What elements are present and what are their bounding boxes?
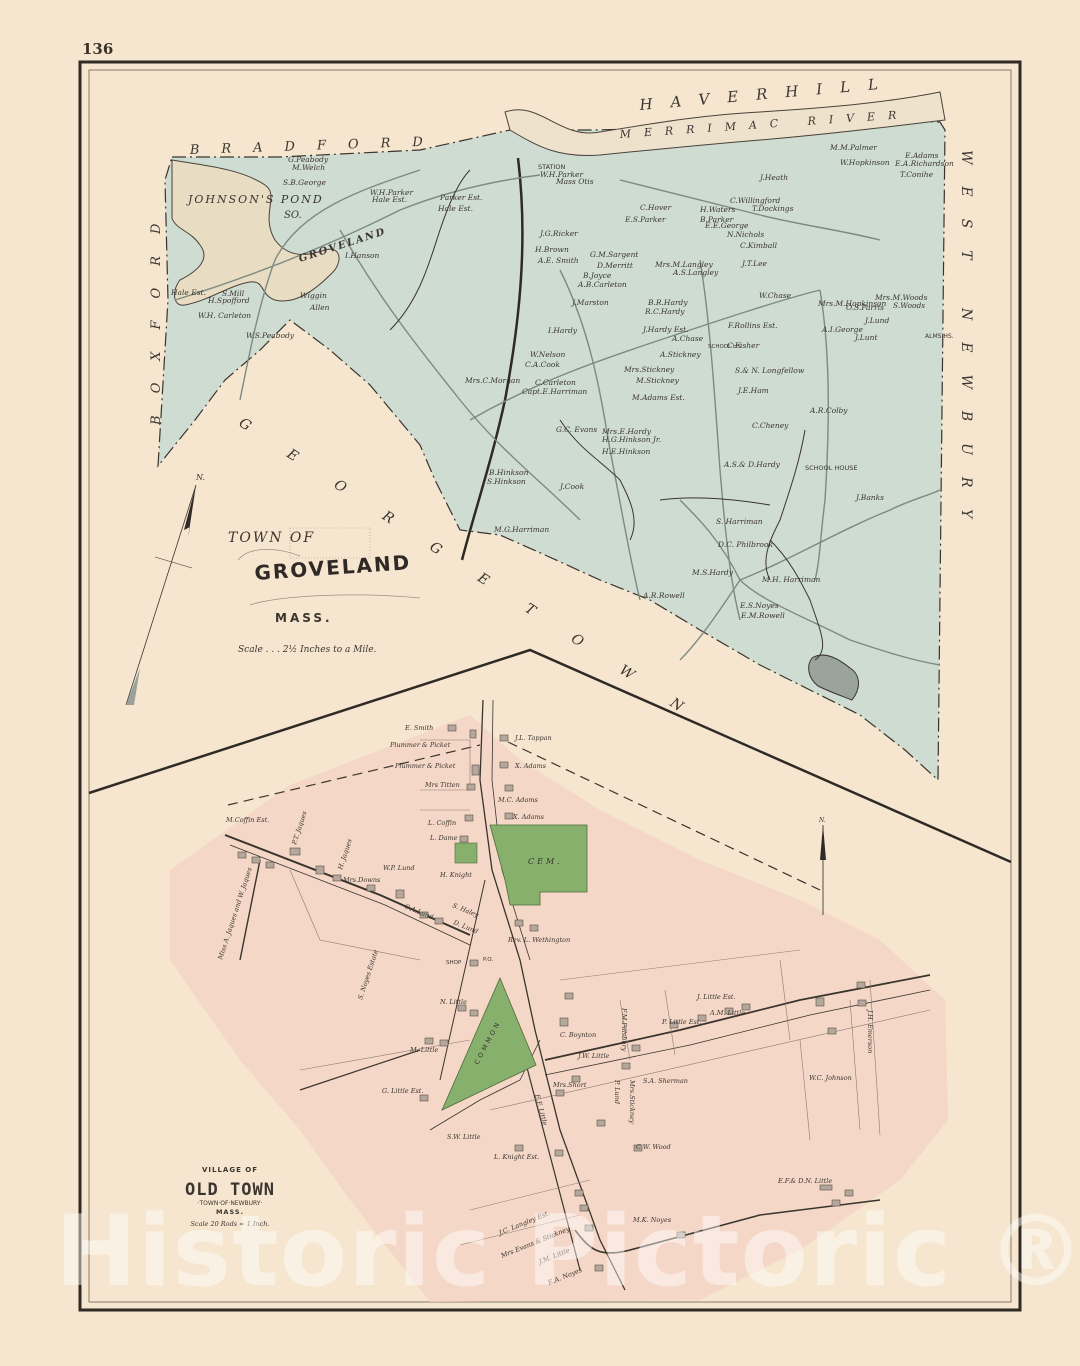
- svg-text:S.A. Sherman: S.A. Sherman: [643, 1077, 688, 1085]
- svg-text:W.P. Lund: W.P. Lund: [383, 864, 415, 872]
- svg-text:J.Lund: J.Lund: [863, 316, 889, 325]
- svg-text:Allen: Allen: [309, 303, 330, 312]
- label-johnsons-pond: JOHNSON'S POND: [186, 193, 324, 206]
- svg-text:G. Little Est.: G. Little Est.: [382, 1087, 423, 1095]
- oldtown-north-arrow: N.: [818, 817, 826, 915]
- svg-text:J.Cook: J.Cook: [558, 482, 585, 491]
- svg-text:J.Heath: J.Heath: [758, 173, 788, 182]
- svg-text:A.B.Carleton: A.B.Carleton: [577, 280, 627, 289]
- svg-text:M.Stickney: M.Stickney: [635, 376, 680, 385]
- svg-text:H.E.Hinkson: H.E.Hinkson: [601, 447, 650, 456]
- svg-text:L. Coffin: L. Coffin: [427, 819, 456, 827]
- oldtown-subtitle: ·TOWN·OF·NEWBURY·: [198, 1200, 263, 1207]
- label-cemetery: CEM.: [528, 857, 563, 866]
- svg-text:W.H. Carleton: W.H. Carleton: [198, 311, 251, 320]
- svg-text:B.R.Hardy: B.R.Hardy: [647, 298, 688, 307]
- oldtown-title-block: VILLAGE OF OLD TOWN ·TOWN·OF·NEWBURY· MA…: [185, 1166, 275, 1228]
- svg-text:L. Knight Est.: L. Knight Est.: [493, 1153, 539, 1161]
- svg-text:A.E. Smith: A.E. Smith: [537, 256, 579, 265]
- groveland-map: HAVERHILL MERRIMAC RIVER BRADFORD BOXFOR…: [126, 74, 974, 780]
- oldtown-map: E. Smith Plummer & Picket Plummer & Pick…: [170, 700, 948, 1302]
- svg-text:H. Knight: H. Knight: [439, 871, 472, 879]
- svg-text:Rev. L. Wethington: Rev. L. Wethington: [507, 936, 570, 944]
- svg-text:M.Welch: M.Welch: [291, 163, 325, 172]
- oldtown-village-area: [170, 715, 948, 1302]
- svg-text:M.C. Adams: M.C. Adams: [497, 796, 538, 804]
- svg-text:M.Adams Est.: M.Adams Est.: [631, 393, 685, 402]
- oldtown-scale: Scale 20 Rods = 1 Inch.: [190, 1220, 269, 1228]
- svg-text:Mrs.Downs: Mrs.Downs: [342, 876, 381, 884]
- svg-text:E.S.Parker: E.S.Parker: [624, 215, 666, 224]
- svg-text:J.E.Ham: J.E.Ham: [736, 386, 769, 395]
- svg-text:C.W. Wood: C.W. Wood: [636, 1143, 671, 1151]
- svg-text:Parker Est.: Parker Est.: [439, 193, 482, 202]
- svg-text:P. Lund: P. Lund: [613, 1079, 621, 1104]
- svg-text:J.Hardy Est.: J.Hardy Est.: [641, 325, 689, 334]
- svg-text:N. Little: N. Little: [439, 998, 467, 1006]
- svg-text:A.S.Langley: A.S.Langley: [672, 268, 719, 277]
- groveland-scale: Scale . . . 2½ Inches to a Mile.: [238, 644, 377, 655]
- svg-text:Mrs.Stickney: Mrs.Stickney: [623, 365, 675, 374]
- svg-text:S.& N. Longfellow: S.& N. Longfellow: [735, 366, 805, 375]
- svg-text:H.Spofford: H.Spofford: [207, 296, 250, 305]
- svg-text:H.Waters: H.Waters: [699, 205, 735, 214]
- svg-text:M.G.Harriman: M.G.Harriman: [493, 525, 549, 534]
- svg-text:D.C. Philbrook: D.C. Philbrook: [717, 540, 773, 549]
- svg-text:A.R.Rowell: A.R.Rowell: [642, 591, 685, 600]
- svg-text:J. Little Est.: J. Little Est.: [695, 993, 736, 1001]
- oldtown-state: MASS.: [216, 1208, 244, 1216]
- groveland-title-cartouche: TOWN OF GROVELAND MASS. Scale . . . 2½ I…: [228, 528, 420, 655]
- oldtown-title: OLD TOWN: [185, 1180, 275, 1200]
- svg-text:G.M.Sargent: G.M.Sargent: [590, 250, 639, 259]
- svg-text:Mrs Titten: Mrs Titten: [424, 781, 460, 789]
- svg-text:I.Hanson: I.Hanson: [344, 251, 380, 260]
- svg-text:X. Adams: X. Adams: [514, 762, 547, 770]
- svg-text:E.M.Rowell: E.M.Rowell: [740, 611, 785, 620]
- svg-text:Mrs.Stickney: Mrs.Stickney: [628, 1079, 636, 1124]
- svg-text:C.Fisher: C.Fisher: [727, 341, 760, 350]
- svg-text:A.S.& D.Hardy: A.S.& D.Hardy: [723, 460, 781, 469]
- svg-text:W.S.Peabody: W.S.Peabody: [246, 331, 295, 340]
- svg-text:M.S.Hardy: M.S.Hardy: [691, 568, 734, 577]
- svg-text:A.R.Colby: A.R.Colby: [809, 406, 848, 415]
- svg-text:O.S.Parris: O.S.Parris: [846, 303, 884, 312]
- svg-text:Mrs.Short: Mrs.Short: [552, 1081, 587, 1089]
- svg-text:W.Hopkinson: W.Hopkinson: [840, 158, 890, 167]
- label-so: SO.: [284, 210, 302, 221]
- svg-text:L. Dame: L. Dame: [429, 834, 458, 842]
- atlas-page: HAVERHILL MERRIMAC RIVER BRADFORD BOXFOR…: [0, 0, 1080, 1366]
- svg-text:J.L. Tappan: J.L. Tappan: [513, 734, 552, 742]
- svg-text:F.Rollins Est.: F.Rollins Est.: [727, 321, 778, 330]
- svg-text:X. Adams: X. Adams: [512, 813, 545, 821]
- svg-text:E. Smith: E. Smith: [404, 724, 433, 732]
- svg-text:M.M.Palmer: M.M.Palmer: [829, 143, 877, 152]
- svg-text:C.A.Cook: C.A.Cook: [525, 360, 560, 369]
- svg-text:M.K. Noyes: M.K. Noyes: [632, 1216, 672, 1224]
- svg-text:M.Coffin Est.: M.Coffin Est.: [225, 816, 269, 824]
- svg-text:Hale Est.: Hale Est.: [371, 195, 407, 204]
- svg-text:Plummer & Picket: Plummer & Picket: [394, 762, 456, 770]
- oldtown-title-prefix: VILLAGE OF: [202, 1166, 258, 1174]
- svg-text:H.G.Hinkson Jr.: H.G.Hinkson Jr.: [601, 435, 661, 444]
- svg-text:Mass Otis: Mass Otis: [555, 177, 594, 186]
- label-boxford: BOXFORD: [149, 202, 164, 426]
- svg-text:D.Merritt: D.Merritt: [596, 261, 634, 270]
- svg-text:P. Little Est.: P. Little Est.: [661, 1018, 702, 1026]
- svg-text:Hale Est.: Hale Est.: [170, 288, 206, 297]
- svg-text:W.Chase: W.Chase: [759, 291, 792, 300]
- svg-text:Hale Est.: Hale Est.: [437, 204, 473, 213]
- label-west-newbury: WEST NEWBURY: [958, 150, 974, 540]
- svg-text:M.H. Harriman: M.H. Harriman: [761, 575, 821, 584]
- svg-text:J.T.Lee: J.T.Lee: [740, 259, 768, 268]
- svg-text:A.Chase: A.Chase: [671, 334, 704, 343]
- svg-text:B.Hinkson: B.Hinkson: [488, 468, 529, 477]
- svg-text:H.Brown: H.Brown: [534, 245, 569, 254]
- label-alms-house: ALMS HS.: [925, 333, 954, 340]
- svg-text:T.Dockings: T.Dockings: [752, 204, 794, 213]
- svg-text:C.Kimball: C.Kimball: [740, 241, 778, 250]
- svg-text:Wiggin: Wiggin: [300, 291, 327, 300]
- groveland-title-prefix: TOWN OF: [228, 530, 315, 546]
- svg-text:W.Nelson: W.Nelson: [530, 350, 566, 359]
- groveland-state: MASS.: [275, 611, 333, 625]
- svg-text:C.Cheney: C.Cheney: [752, 421, 789, 430]
- svg-text:E.S.Noyes: E.S.Noyes: [739, 601, 779, 610]
- svg-text:C.Carleton: C.Carleton: [535, 378, 576, 387]
- svg-text:J.H. Emerson: J.H. Emerson: [866, 1008, 874, 1053]
- svg-text:B.Joyce: B.Joyce: [582, 271, 612, 280]
- svg-text:J.Lunt: J.Lunt: [853, 333, 878, 342]
- oldtown-north-label: N.: [818, 817, 826, 824]
- groveland-north-arrow: N.: [126, 473, 205, 705]
- svg-text:B.Parker: B.Parker: [699, 215, 734, 224]
- svg-text:F.M.Pillsbury: F.M.Pillsbury: [620, 1007, 628, 1052]
- svg-text:S.B.George: S.B.George: [283, 178, 326, 187]
- svg-text:I.Hardy: I.Hardy: [547, 326, 578, 335]
- svg-text:W.C. Johnson: W.C. Johnson: [809, 1074, 852, 1082]
- svg-text:G.C. Evans: G.C. Evans: [556, 425, 597, 434]
- svg-text:S.W. Little: S.W. Little: [447, 1133, 481, 1141]
- svg-text:R.C.Hardy: R.C.Hardy: [644, 307, 685, 316]
- svg-text:T.Conihe: T.Conihe: [900, 170, 934, 179]
- svg-text:Mrs.C.Morgan: Mrs.C.Morgan: [464, 376, 520, 385]
- svg-text:C. Boynton: C. Boynton: [560, 1031, 596, 1039]
- svg-text:Plummer & Picket: Plummer & Picket: [389, 741, 451, 749]
- svg-text:J.Marston: J.Marston: [570, 298, 609, 307]
- svg-text:S.Woods: S.Woods: [893, 301, 925, 310]
- label-post-office: P.O.: [483, 957, 493, 963]
- svg-text:S. Harriman: S. Harriman: [716, 517, 763, 526]
- label-shop: SHOP: [446, 960, 462, 966]
- svg-text:N.Nichols: N.Nichols: [726, 230, 764, 239]
- svg-text:Capt.E.Harriman: Capt.E.Harriman: [522, 387, 587, 396]
- groveland-title: GROVELAND: [254, 550, 412, 585]
- svg-text:S.Hinkson: S.Hinkson: [487, 477, 526, 486]
- svg-text:Mrs.M.Langley: Mrs.M.Langley: [654, 260, 713, 269]
- svg-text:J.Banks: J.Banks: [854, 493, 884, 502]
- groveland-north-label: N.: [195, 473, 205, 482]
- label-school-house: SCHOOL HOUSE: [805, 464, 857, 472]
- svg-text:M. Little: M. Little: [409, 1046, 438, 1054]
- svg-text:J.G.Ricker: J.G.Ricker: [538, 229, 578, 238]
- svg-text:A.Stickney: A.Stickney: [659, 350, 701, 359]
- svg-text:C.Hover: C.Hover: [640, 203, 672, 212]
- svg-text:J.W. Little: J.W. Little: [576, 1052, 610, 1060]
- svg-text:A.M. Little: A.M. Little: [709, 1009, 745, 1017]
- svg-text:E.F.& D.N. Little: E.F.& D.N. Little: [777, 1177, 832, 1185]
- svg-text:E.A.Richardson: E.A.Richardson: [894, 159, 954, 168]
